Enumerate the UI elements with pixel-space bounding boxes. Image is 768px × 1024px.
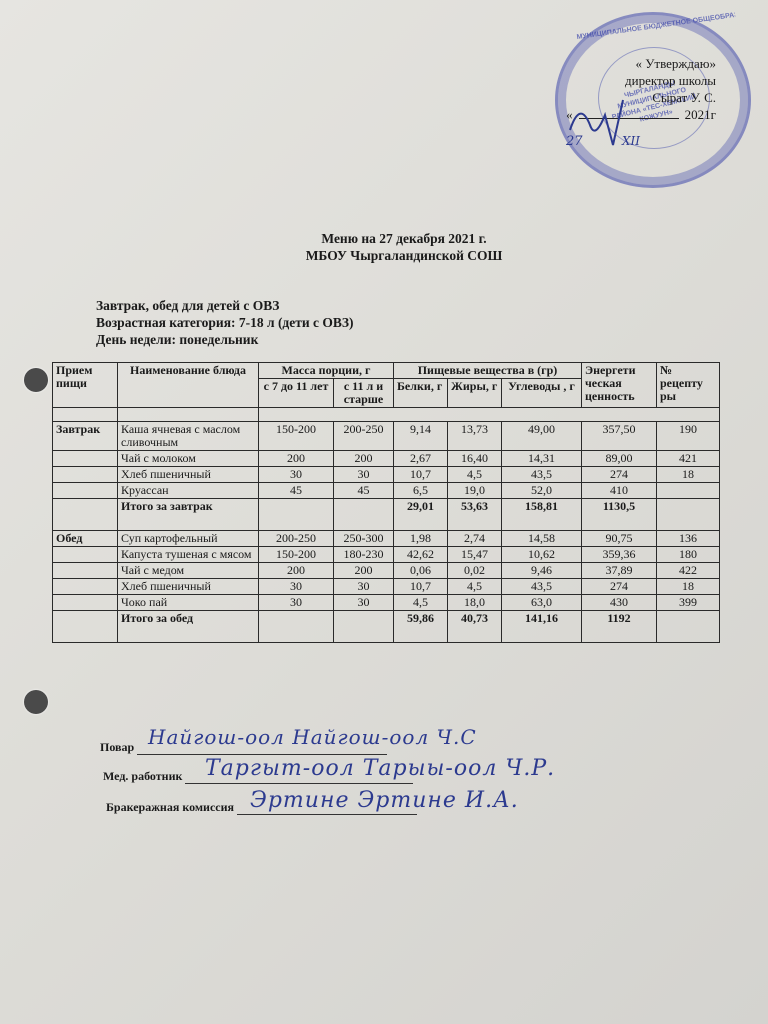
table-row: Хлеб пшеничный303010,74,543,527418 [53, 579, 720, 595]
energy-cell: 274 [582, 579, 657, 595]
mass-11-plus-cell: 30 [334, 595, 394, 611]
mass-7-11-cell: 45 [259, 483, 334, 499]
protein-cell: 59,86 [394, 611, 448, 643]
mass-7-11-cell: 30 [259, 579, 334, 595]
carbs-cell: 14,31 [502, 451, 582, 467]
recipe-cell: 399 [657, 595, 720, 611]
cook-label: Повар [100, 740, 134, 754]
protein-cell: 4,5 [394, 595, 448, 611]
header-meal: Прием пищи [53, 363, 118, 408]
recipe-cell: 190 [657, 422, 720, 451]
mass-7-11-cell: 30 [259, 595, 334, 611]
carbs-cell: 52,0 [502, 483, 582, 499]
mass-7-11-cell: 200-250 [259, 531, 334, 547]
commission-signature-line [237, 814, 417, 815]
table-row: ОбедСуп картофельный200-250250-3001,982,… [53, 531, 720, 547]
menu-date-title: Меню на 27 декабря 2021 г. [40, 230, 768, 247]
protein-cell: 0,06 [394, 563, 448, 579]
med-signature-line [185, 783, 413, 784]
table-row: Чай с молоком2002002,6716,4014,3189,0042… [53, 451, 720, 467]
mass-11-plus-cell: 250-300 [334, 531, 394, 547]
fat-cell: 15,47 [448, 547, 502, 563]
page-title: Меню на 27 декабря 2021 г. МБОУ Чыргалан… [0, 230, 768, 264]
mass-7-11-cell: 200 [259, 563, 334, 579]
meal-cell [53, 499, 118, 531]
carbs-cell: 9,46 [502, 563, 582, 579]
approval-title: « Утверждаю» [566, 55, 716, 72]
director-signature: 27 XII [560, 90, 680, 150]
dish-cell: Суп картофельный [118, 531, 259, 547]
mass-11-plus-cell: 180-230 [334, 547, 394, 563]
recipe-cell: 18 [657, 467, 720, 483]
mass-11-plus-cell: 45 [334, 483, 394, 499]
mass-7-11-cell: 150-200 [259, 547, 334, 563]
energy-cell: 410 [582, 483, 657, 499]
dish-cell: Капуста тушеная с мясом [118, 547, 259, 563]
recipe-cell: 422 [657, 563, 720, 579]
meal-cell [53, 451, 118, 467]
carbs-cell: 141,16 [502, 611, 582, 643]
meal-cell [53, 483, 118, 499]
dish-cell: Итого за завтрак [118, 499, 259, 531]
meal-cell [53, 547, 118, 563]
energy-cell: 90,75 [582, 531, 657, 547]
energy-cell: 1130,5 [582, 499, 657, 531]
date-day: 27 [565, 134, 583, 149]
med-label: Мед. работник [103, 769, 182, 783]
carbs-cell: 49,00 [502, 422, 582, 451]
carbs-cell: 43,5 [502, 579, 582, 595]
protein-cell: 9,14 [394, 422, 448, 451]
mass-7-11-cell: 200 [259, 451, 334, 467]
header-dish: Наименование блюда [118, 363, 259, 408]
dish-cell: Чай с молоком [118, 451, 259, 467]
recipe-cell: 180 [657, 547, 720, 563]
energy-cell: 1192 [582, 611, 657, 643]
meal-cell: Завтрак [53, 422, 118, 451]
school-name: МБОУ Чыргаландинской СОШ [40, 247, 768, 264]
dish-cell: Итого за обед [118, 611, 259, 643]
info-weekday: День недели: понедельник [96, 331, 354, 348]
energy-cell: 359,36 [582, 547, 657, 563]
fat-cell: 18,0 [448, 595, 502, 611]
fat-cell: 53,63 [448, 499, 502, 531]
mass-11-plus-cell: 200 [334, 451, 394, 467]
mass-11-plus-cell [334, 499, 394, 531]
energy-cell: 37,89 [582, 563, 657, 579]
energy-cell: 274 [582, 467, 657, 483]
table-row: Круассан45456,519,052,0410 [53, 483, 720, 499]
mass-11-plus-cell: 200 [334, 563, 394, 579]
fat-cell: 2,74 [448, 531, 502, 547]
protein-cell: 29,01 [394, 499, 448, 531]
menu-info: Завтрак, обед для детей с ОВЗ Возрастная… [96, 297, 354, 348]
recipe-cell: 421 [657, 451, 720, 467]
recipe-cell [657, 499, 720, 531]
carbs-cell: 158,81 [502, 499, 582, 531]
table-row: Капуста тушеная с мясом150-200180-23042,… [53, 547, 720, 563]
meal-cell [53, 579, 118, 595]
punch-hole-top [24, 368, 48, 392]
cook-signature: Найгош-оол Найгош-оол Ч.С [148, 725, 477, 749]
header-mass-11-plus: с 11 л и старше [334, 379, 394, 408]
fat-cell: 4,5 [448, 467, 502, 483]
carbs-cell: 10,62 [502, 547, 582, 563]
recipe-cell: 136 [657, 531, 720, 547]
table-row: Чай с медом2002000,060,029,4637,89422 [53, 563, 720, 579]
commission-signature: Эртине Эртине И.А. [250, 788, 519, 813]
date-month: XII [621, 134, 640, 148]
info-meals: Завтрак, обед для детей с ОВЗ [96, 297, 354, 314]
table-total-row: Итого за завтрак29,0153,63158,811130,5 [53, 499, 720, 531]
fat-cell: 0,02 [448, 563, 502, 579]
dish-cell: Каша ячневая с маслом сливочным [118, 422, 259, 451]
mass-7-11-cell [259, 499, 334, 531]
mass-11-plus-cell: 30 [334, 579, 394, 595]
energy-cell: 430 [582, 595, 657, 611]
fat-cell: 19,0 [448, 483, 502, 499]
carbs-cell: 43,5 [502, 467, 582, 483]
mass-7-11-cell: 30 [259, 467, 334, 483]
protein-cell: 2,67 [394, 451, 448, 467]
fat-cell: 40,73 [448, 611, 502, 643]
header-mass: Масса порции, г [259, 363, 394, 379]
meal-cell [53, 595, 118, 611]
mass-7-11-cell [259, 611, 334, 643]
dish-cell: Чай с медом [118, 563, 259, 579]
mass-11-plus-cell: 200-250 [334, 422, 394, 451]
header-nutrients: Пищевые вещества в (гр) [394, 363, 582, 379]
table-row: Чоко пай30304,518,063,0430399 [53, 595, 720, 611]
mass-11-plus-cell: 30 [334, 467, 394, 483]
dish-cell: Хлеб пшеничный [118, 467, 259, 483]
table-row: ЗавтракКаша ячневая с маслом сливочным15… [53, 422, 720, 451]
energy-cell: 89,00 [582, 451, 657, 467]
carbs-cell: 14,58 [502, 531, 582, 547]
fat-cell: 16,40 [448, 451, 502, 467]
commission-label: Бракеражная комиссия [106, 800, 234, 814]
fat-cell: 13,73 [448, 422, 502, 451]
approval-position: директор школы [566, 72, 716, 89]
header-recipe: № рецепту ры [657, 363, 720, 408]
dish-cell: Круассан [118, 483, 259, 499]
protein-cell: 6,5 [394, 483, 448, 499]
punch-hole-bottom [24, 690, 48, 714]
protein-cell: 1,98 [394, 531, 448, 547]
recipe-cell [657, 483, 720, 499]
protein-cell: 10,7 [394, 467, 448, 483]
meal-cell [53, 467, 118, 483]
cook-signature-line [137, 754, 387, 755]
med-signature: Таргыт-оол Тарыы-оол Ч.Р. [205, 756, 555, 781]
protein-cell: 10,7 [394, 579, 448, 595]
fat-cell: 4,5 [448, 579, 502, 595]
table-row: Хлеб пшеничный303010,74,543,527418 [53, 467, 720, 483]
table-total-row: Итого за обед59,8640,73141,161192 [53, 611, 720, 643]
header-carbs: Углеводы , г [502, 379, 582, 408]
carbs-cell: 63,0 [502, 595, 582, 611]
dish-cell: Чоко пай [118, 595, 259, 611]
energy-cell: 357,50 [582, 422, 657, 451]
meal-cell: Обед [53, 531, 118, 547]
info-age-category: Возрастная категория: 7-18 л (дети с ОВЗ… [96, 314, 354, 331]
recipe-cell: 18 [657, 579, 720, 595]
header-protein: Белки, г [394, 379, 448, 408]
mass-11-plus-cell [334, 611, 394, 643]
recipe-cell [657, 611, 720, 643]
date-year: 2021г [685, 107, 716, 122]
dish-cell: Хлеб пшеничный [118, 579, 259, 595]
menu-table: Прием пищи Наименование блюда Масса порц… [52, 362, 720, 643]
meal-cell [53, 563, 118, 579]
meal-cell [53, 611, 118, 643]
header-mass-7-11: с 7 до 11 лет [259, 379, 334, 408]
spacer-row [53, 408, 720, 422]
header-fat: Жиры, г [448, 379, 502, 408]
stamp-ring-text: МУНИЦИПАЛЬНОЕ БЮДЖЕТНОЕ ОБЩЕОБРАЗОВАТЕЛЬ… [576, 12, 735, 41]
header-energy: Энергети ческая ценность [582, 363, 657, 408]
mass-7-11-cell: 150-200 [259, 422, 334, 451]
protein-cell: 42,62 [394, 547, 448, 563]
